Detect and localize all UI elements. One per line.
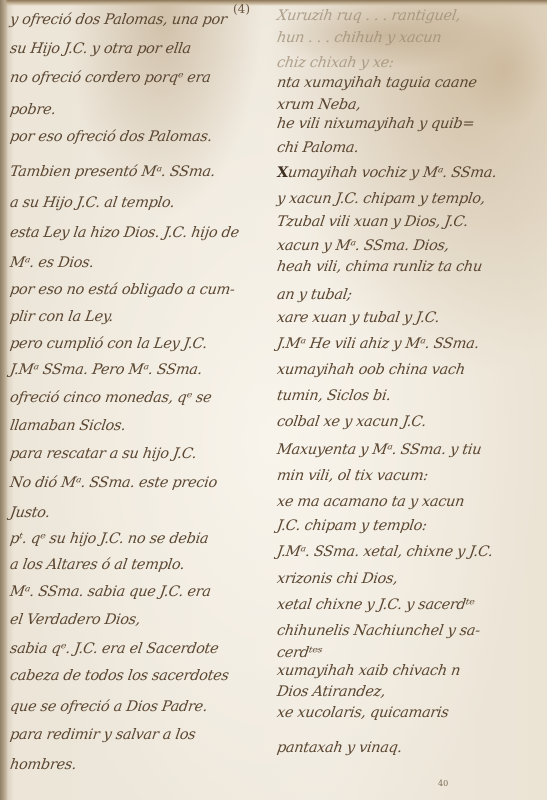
line-text: xrum Neba, [276,97,362,113]
line-text: para redimir y salvar a los [9,727,197,743]
manuscript-line: pᵗ. qᵉ su hijo J.C. no se debia [9,531,210,547]
manuscript-line: xe xucolaris, quicamaris [276,705,450,721]
line-text: J.Mᵃ. SSma. xetal, chixne y J.C. [276,544,494,560]
line-text: y xacun J.C. chipam y templo, [276,191,486,207]
line-text: Tzubal vili xuan y Dios, J.C. [276,214,469,230]
manuscript-line: xumayihah xaib chivach n [276,663,461,679]
line-text: hombres. [9,757,78,773]
page-number: 40 [438,779,448,788]
manuscript-line: llamaban Siclos. [9,418,127,434]
line-text: heah vili, chima runliz ta chu [276,259,483,275]
line-text: Xuruzih ruq . . . rantiguel, [276,8,462,24]
line-text: que se ofreció a Dios Padre. [9,699,208,715]
line-text: cabeza de todos los sacerdotes [9,668,230,684]
line-text: Justo. [9,505,51,521]
line-text: hun . . . chihuh y xacun [276,30,442,46]
manuscript-line: xe ma acamano ta y xacun [276,494,465,510]
manuscript-line: colbal xe y xacun J.C. [276,414,427,430]
struck-text: J.Mᵃ SSma. [9,362,93,378]
line-text: xare xuan y tubal y J.C. [276,310,441,326]
manuscript-line: Justo. [9,505,51,521]
manuscript-line: J.C. chipam y templo: [276,518,428,534]
line-text: xe xucolaris, quicamaris [276,705,450,721]
manuscript-line: Maxuyenta y Mᵃ. SSma. y tiu [276,442,482,458]
manuscript-line: Tzubal vili xuan y Dios, J.C. [276,214,469,230]
manuscript-line: min vili, ol tix vacum: [276,468,429,484]
manuscript-line: pobre. [9,102,57,118]
struck-text: J.Mᵃ [276,336,311,352]
line-text: No dió Mᵃ. SSma. este precio [9,475,218,491]
line-text: xacun y Mᵃ. SSma. Dios, [276,238,450,254]
line-text: xetal chixne y J.C. y sacerdᵗᵉ [276,597,475,613]
manuscript-line: esta Ley la hizo Dios. J.C. hijo de [9,225,240,241]
water-stain [460,10,547,130]
line-text: colbal xe y xacun J.C. [276,414,427,430]
manuscript-line: para rescatar a su hijo J.C. [9,446,198,462]
line-text: Dios Atirandez, [276,684,387,700]
page-top-edge [0,0,547,6]
manuscript-line: he vili nixumayihah y quib= [276,116,476,132]
manuscript-line: xacun y Mᵃ. SSma. Dios, [276,238,450,254]
line-text: su Hijo J.C. y otra por ella [9,41,192,57]
manuscript-line: por eso no está obligado a cum- [9,282,236,298]
line-text: tumin, Siclos bi. [276,388,392,404]
manuscript-line: y xacun J.C. chipam y templo, [276,191,486,207]
manuscript-line: xare xuan y tubal y J.C. [276,310,441,326]
line-text: chi Paloma. [276,140,360,156]
line-text: an y tubal; [276,287,353,303]
line-text: Tambien presentó Mᵃ. SSma. [9,164,216,180]
manuscript-line: hombres. [9,757,78,773]
manuscript-line: sabia qᵉ. J.C. era el Sacerdote [9,641,220,657]
line-text: pantaxah y vinaq. [276,740,403,756]
manuscript-line: cerdᵗᵉˢ [276,645,323,661]
manuscript-line: el Verdadero Dios, [9,612,141,628]
manuscript-line: Xuruzih ruq . . . rantiguel, [276,8,462,24]
line-text: cerdᵗᵉˢ [276,645,323,661]
manuscript-line: xrum Neba, [276,97,362,113]
line-text: el Verdadero Dios, [9,612,141,628]
line-text: J.C. chipam y templo: [276,518,428,534]
line-text: esta Ley la hizo Dios. J.C. hijo de [9,225,240,241]
line-text: a los Altares ó al templo. [9,557,186,573]
manuscript-line: Xumayihah vochiz y Mᵃ. SSma. [276,164,498,181]
line-text: min vili, ol tix vacum: [276,468,429,484]
line-text: sabia qᵉ. J.C. era el Sacerdote [9,641,220,657]
manuscript-line: xrizonis chi Dios, [276,571,399,587]
manuscript-line: su Hijo J.C. y otra por ella [9,41,192,57]
manuscript-line: No dió Mᵃ. SSma. este precio [9,475,218,491]
line-text: nta xumayihah taguia caane [276,75,478,91]
binding-gutter [0,0,8,800]
line-text: no ofreció cordero porqᵉ era [9,70,212,86]
manuscript-line: plir con la Ley. [9,309,114,325]
manuscript-line: Mᵃ. es Dios. [9,255,95,271]
manuscript-line: pero cumplió con la Ley J.C. [9,336,208,352]
manuscript-line: por eso ofreció dos Palomas. [9,129,213,145]
line-text: llamaban Siclos. [9,418,127,434]
manuscript-line: chihunelis Nachiunchel y sa- [276,623,481,639]
manuscript-line: Tambien presentó Mᵃ. SSma. [9,164,216,180]
manuscript-line: tumin, Siclos bi. [276,388,392,404]
line-text: por eso ofreció dos Palomas. [9,129,213,145]
manuscript-line: y ofreció dos Palomas, una por [9,12,228,28]
line-text: Pero Mᵃ. SSma. [91,362,203,378]
manuscript-line: heah vili, chima runliz ta chu [276,259,483,275]
manuscript-line: a los Altares ó al templo. [9,557,186,573]
line-text: plir con la Ley. [9,309,114,325]
line-text: y ofreció dos Palomas, una por [9,12,228,28]
manuscript-line: J.Mᵃ He vili ahiz y Mᵃ. SSma. [276,336,480,352]
manuscript-line: pantaxah y vinaq. [276,740,403,756]
line-text: he vili nixumayihah y quib= [276,116,476,132]
manuscript-line: chiz chixah y xe: [276,55,395,71]
manuscript-line: no ofreció cordero porqᵉ era [9,70,212,86]
line-text: ofreció cinco monedas, qᵉ se [9,390,213,406]
line-text: xumayihah xaib chivach n [276,663,461,679]
manuscript-line: an y tubal; [276,287,353,303]
manuscript-line: chi Paloma. [276,140,360,156]
manuscript-line: para redimir y salvar a los [9,727,197,743]
line-text: Maxuyenta y Mᵃ. SSma. y tiu [276,442,482,458]
manuscript-line: xumayihah oob china vach [276,362,466,378]
manuscript-line: cabeza de todos los sacerdotes [9,668,230,684]
line-text: xe ma acamano ta y xacun [276,494,465,510]
line-text: Mᵃ. SSma. sabia que J.C. era [9,584,212,600]
manuscript-line: ofreció cinco monedas, qᵉ se [9,390,213,406]
line-text: por eso no está obligado a cum- [9,282,236,298]
manuscript-line: xetal chixne y J.C. y sacerdᵗᵉ [276,597,475,613]
manuscript-line: J.Mᵃ SSma. Pero Mᵃ. SSma. [9,362,203,378]
manuscript-line: J.Mᵃ. SSma. xetal, chixne y J.C. [276,544,494,560]
line-text: umayihah vochiz y Mᵃ. SSma. [287,165,498,181]
manuscript-line: nta xumayihah taguia caane [276,75,478,91]
manuscript-line: hun . . . chihuh y xacun [276,30,442,46]
line-text: pᵗ. qᵉ su hijo J.C. no se debia [9,531,210,547]
line-text: pobre. [9,102,57,118]
line-text: a su Hijo J.C. al templo. [9,195,176,211]
manuscript-line: a su Hijo J.C. al templo. [9,195,176,211]
line-text: He vili ahiz y Mᵃ. SSma. [309,336,480,352]
line-text: xumayihah oob china vach [276,362,466,378]
manuscript-line: Dios Atirandez, [276,684,387,700]
manuscript-line: Mᵃ. SSma. sabia que J.C. era [9,584,212,600]
line-text: para rescatar a su hijo J.C. [9,446,198,462]
folio-mark: (4) [233,2,250,16]
line-text: xrizonis chi Dios, [276,571,399,587]
line-text: Mᵃ. es Dios. [9,255,95,271]
line-text: pero cumplió con la Ley J.C. [9,336,208,352]
manuscript-line: que se ofreció a Dios Padre. [9,699,208,715]
line-text: chiz chixah y xe: [276,55,395,71]
manuscript-page: (4) y ofreció dos Palomas, una porsu Hij… [0,0,547,800]
line-text: chihunelis Nachiunchel y sa- [276,623,481,639]
